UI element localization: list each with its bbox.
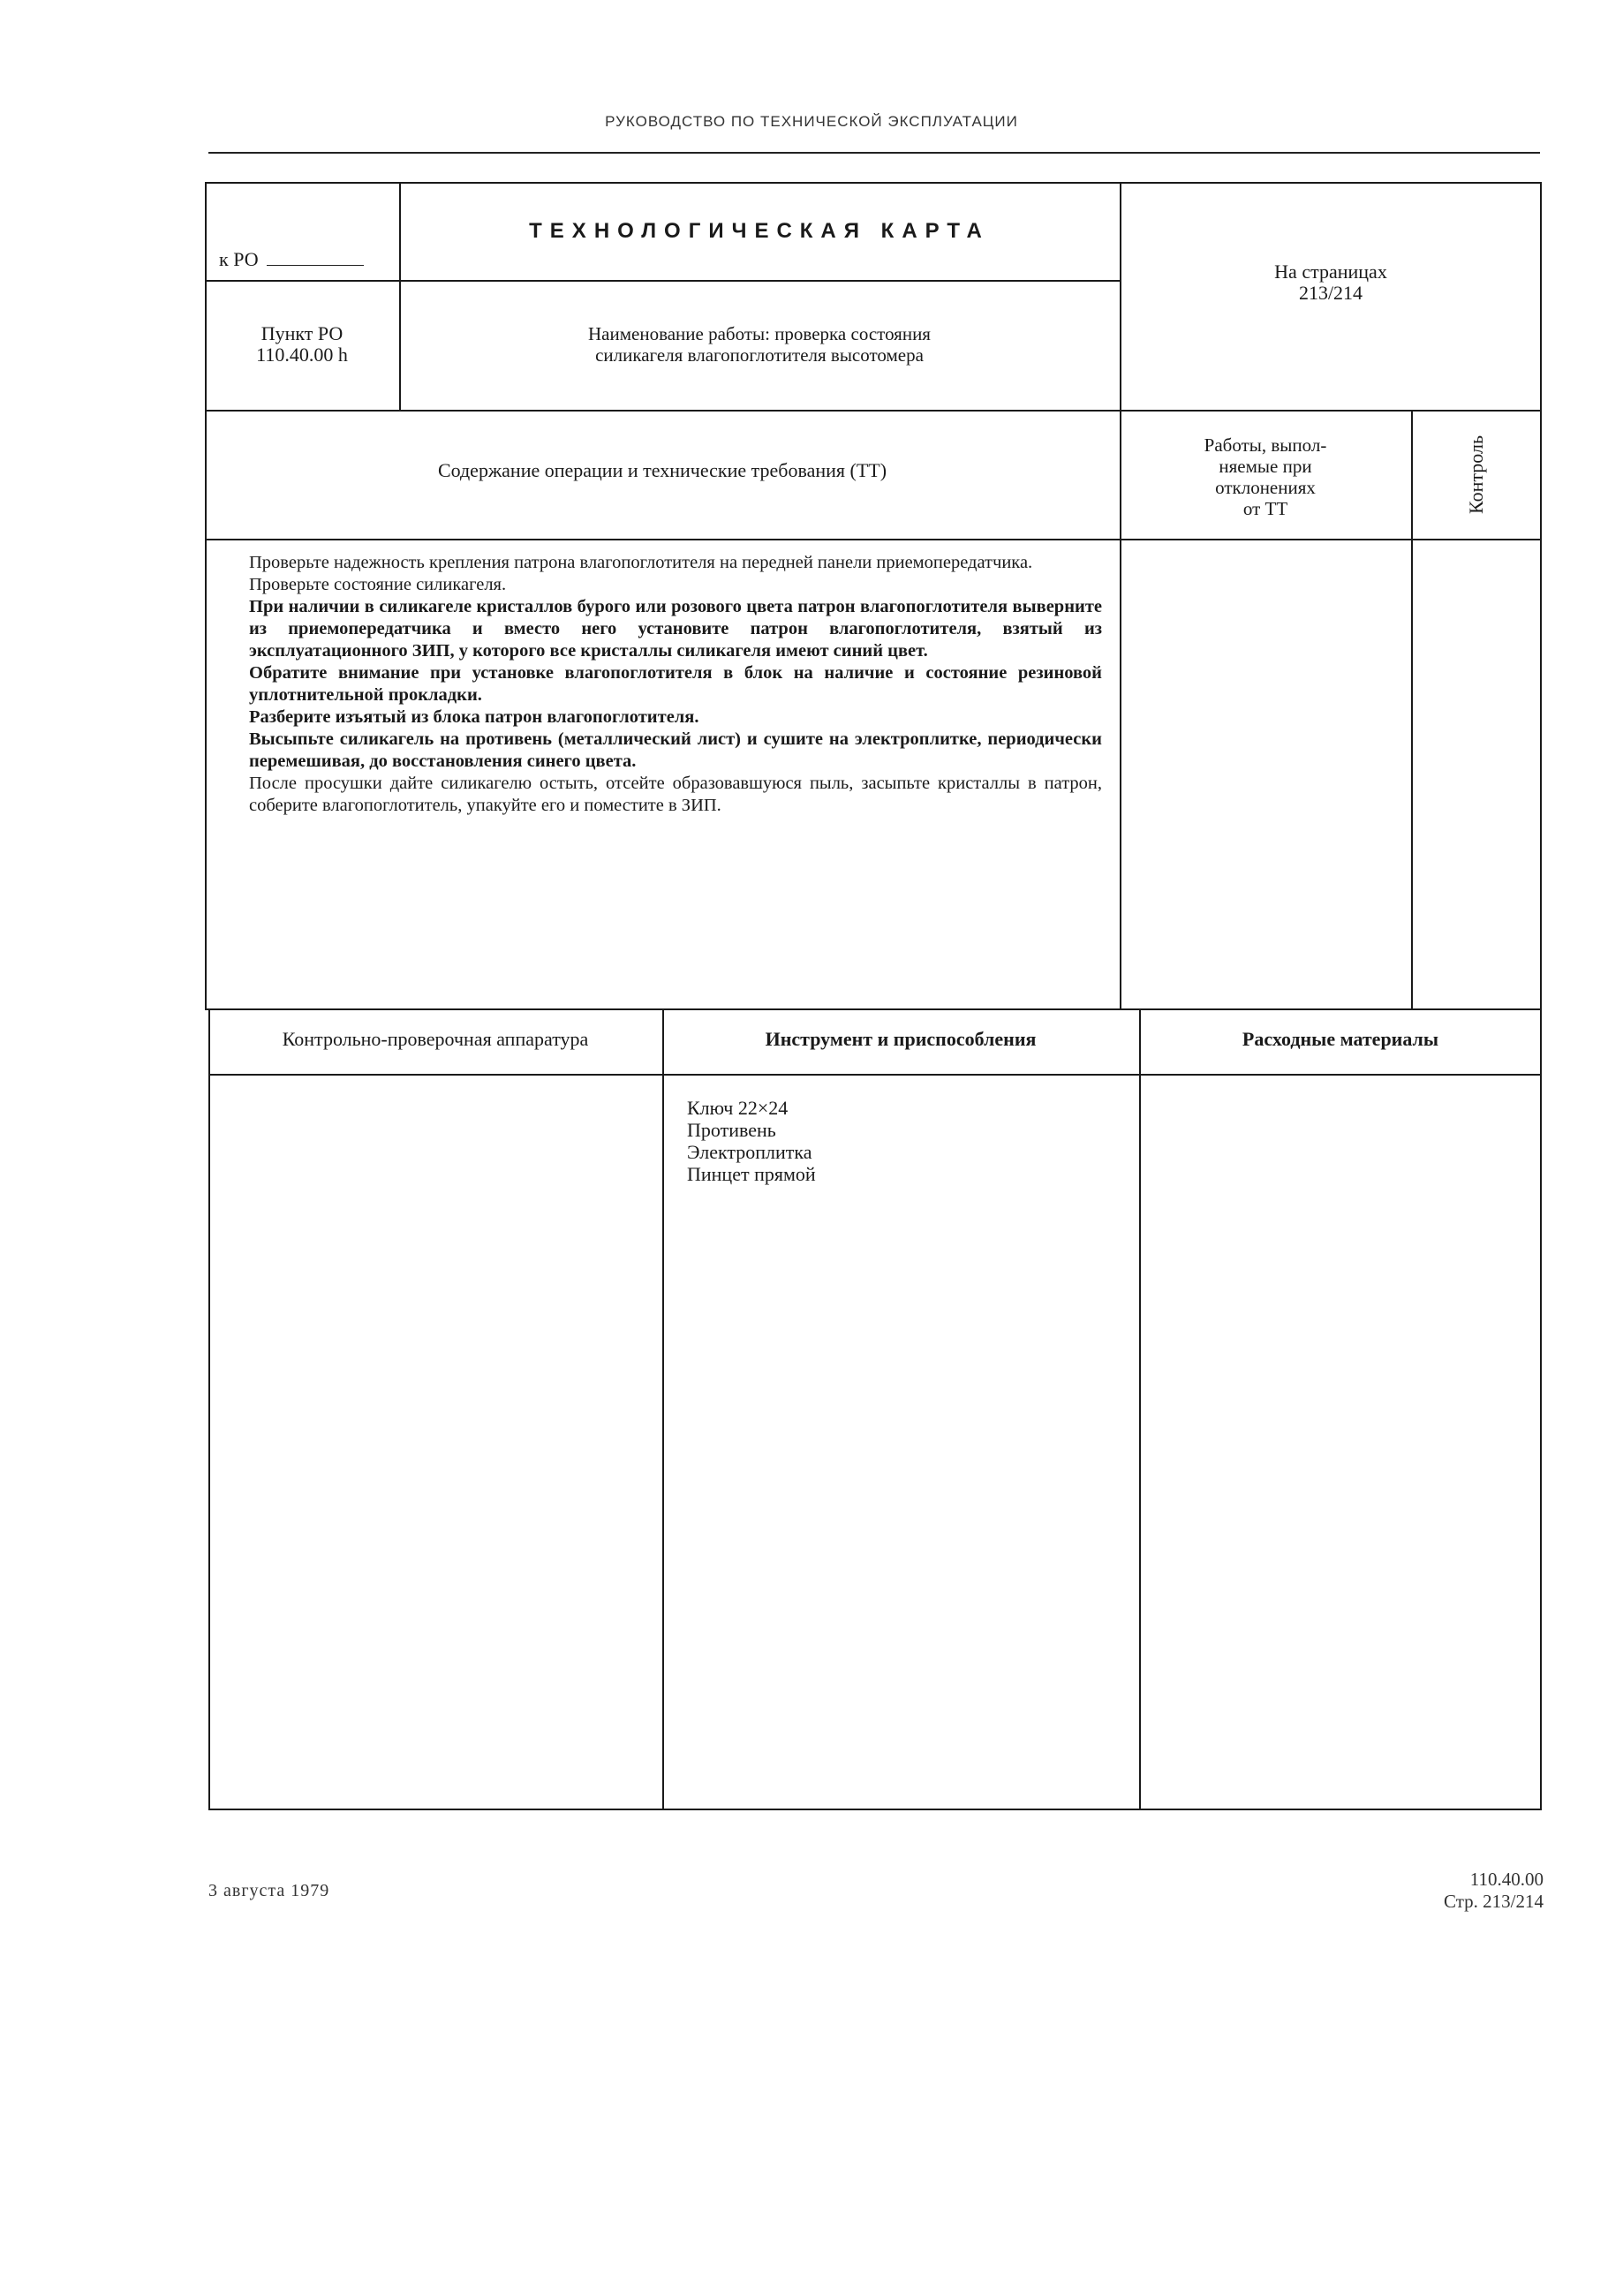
footer-doc-number: 110.40.00 [1444, 1869, 1544, 1891]
tools-list: Ключ 22×24ПротивеньЭлектроплиткаПинцет п… [687, 1097, 816, 1185]
running-head: РУКОВОДСТВО ПО ТЕХНИЧЕСКОЙ ЭКСПЛУАТАЦИИ [0, 113, 1623, 131]
deviations-line1: Работы, выпол- [1120, 434, 1411, 456]
equipment-col1-header: Контрольно-проверочная аппаратура [208, 1029, 662, 1050]
divider [205, 539, 1542, 540]
deviations-line2: няемые при [1120, 456, 1411, 477]
k-ro-label: к РО [219, 249, 364, 270]
operation-step: После просушки дайте силикагелю остыть, … [249, 773, 1102, 817]
tool-item: Электроплитка [687, 1141, 816, 1163]
equipment-table [208, 1008, 1542, 1810]
tool-item: Пинцет прямой [687, 1163, 816, 1185]
card-title: ТЕХНОЛОГИЧЕСКАЯ КАРТА [399, 219, 1120, 244]
operation-step: Разберите изъятый из блока патрон влагоп… [249, 706, 1102, 729]
work-name-line2: силикагеля влагопоглотителя высотомера [399, 344, 1120, 366]
deviations-line4: от ТТ [1120, 498, 1411, 519]
divider [205, 280, 1120, 282]
content-column-header: Содержание операции и технические требов… [205, 460, 1120, 481]
operation-step: Проверьте надежность крепления патрона в… [249, 552, 1102, 574]
punkt-block: Пункт РО 110.40.00 h [205, 323, 399, 366]
footer-date: 3 августа 1979 [208, 1881, 329, 1901]
footer-page: Стр. 213/214 [1444, 1891, 1544, 1913]
footer-ref: 110.40.00 Стр. 213/214 [1444, 1869, 1544, 1913]
divider [208, 1074, 1542, 1076]
operation-step: Высыпьте силикагель на противень (металл… [249, 729, 1102, 773]
punkt-value: 110.40.00 h [205, 344, 399, 366]
tool-item: Ключ 22×24 [687, 1097, 816, 1119]
work-name-line1: Наименование работы: проверка состояния [399, 323, 1120, 344]
tool-item: Противень [687, 1119, 816, 1141]
operation-step: При наличии в силикагеле кристаллов буро… [249, 596, 1102, 662]
control-label: Контроль [1465, 435, 1488, 514]
divider [662, 1008, 664, 1810]
equipment-col2-header: Инструмент и приспособления [662, 1029, 1139, 1050]
pages-value: 213/214 [1120, 283, 1542, 304]
divider [1139, 1008, 1141, 1810]
header-rule [208, 152, 1540, 154]
control-column-header: Контроль [1411, 410, 1542, 539]
equipment-col3-header: Расходные материалы [1139, 1029, 1542, 1050]
deviations-column-header: Работы, выпол- няемые при отклонениях от… [1120, 434, 1411, 519]
deviations-line3: отклонениях [1120, 477, 1411, 498]
divider [399, 182, 401, 412]
work-name: Наименование работы: проверка состояния … [399, 323, 1120, 366]
operation-step: Обратите внимание при установке влагопог… [249, 662, 1102, 706]
pages-block: На страницах 213/214 [1120, 261, 1542, 304]
operation-step: Проверьте состояние силикагеля. [249, 574, 1102, 596]
punkt-label: Пункт РО [205, 323, 399, 344]
operations-text: Проверьте надежность крепления патрона в… [249, 552, 1102, 817]
pages-label: На страницах [1120, 261, 1542, 283]
